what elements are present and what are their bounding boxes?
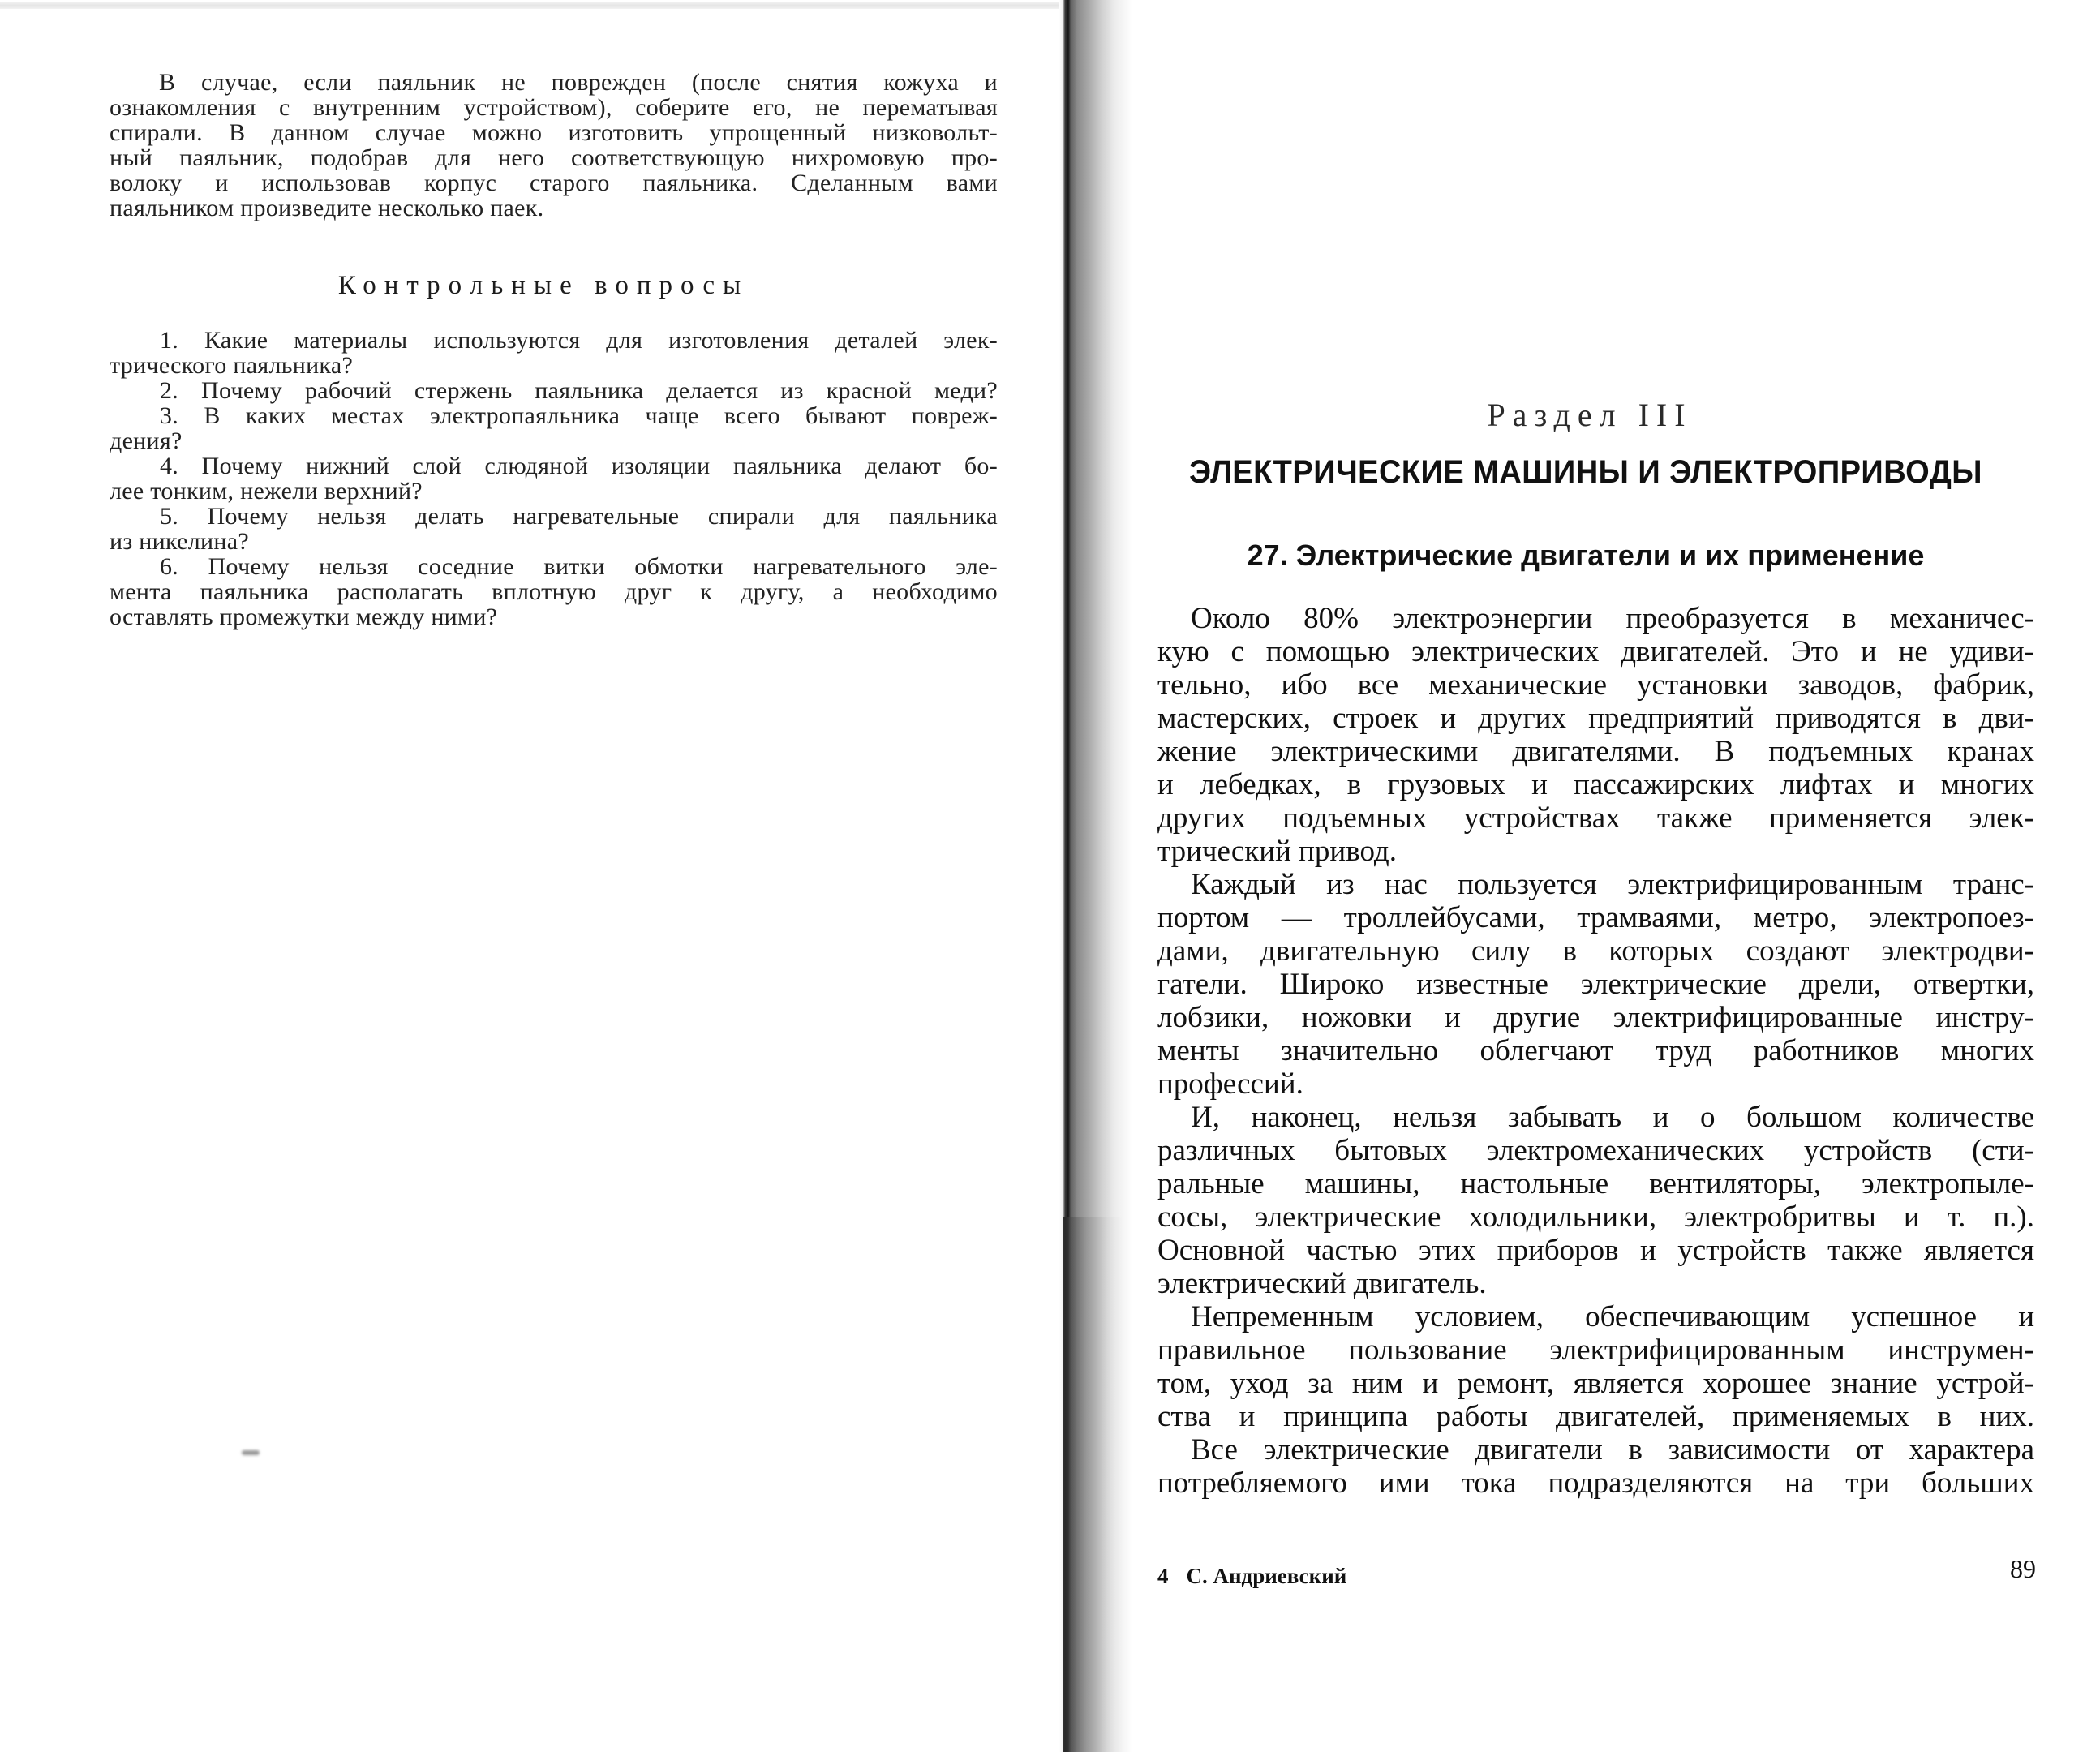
section-label: Раздел III (1428, 396, 1752, 434)
body-line: Все электрические двигатели в зависимост… (1191, 1433, 2034, 1466)
question-line: 1. Какие материалы используются для изго… (160, 328, 998, 353)
question-line: из никелина? (110, 529, 998, 554)
body-line: правильное пользование электрифицированн… (1157, 1333, 2034, 1367)
body-line: кую с помощью электрических двигателей. … (1157, 635, 2034, 668)
body-line: других подъемных устройствах также приме… (1157, 801, 2034, 835)
body-line: Каждый из нас пользуется электрифицирова… (1191, 868, 2034, 901)
paragraph-line: спирали. В данном случае можно изготовит… (110, 120, 998, 145)
body-line: ральные машины, настольные вентиляторы, … (1157, 1167, 2034, 1200)
left-page: В случае, если паяльник не поврежден (по… (0, 0, 1063, 1752)
part-title: ЭЛЕКТРИЧЕСКИЕ МАШИНЫ И ЭЛЕКТРОПРИВОДЫ (1189, 454, 1983, 491)
signature-number: 4 (1157, 1564, 1169, 1588)
body-line: Около 80% электроэнергии преобразуется в… (1191, 602, 2034, 635)
chapter-title: 27. Электрические двигатели и их примене… (1168, 539, 2003, 573)
body-line: различных бытовых электромеханических ус… (1157, 1134, 2034, 1167)
body-line: Непременным условием, обеспечивающим усп… (1191, 1300, 2034, 1333)
body-line: тельно, ибо все механические установки з… (1157, 668, 2034, 702)
body-line: ства и принципа работы двигателей, приме… (1157, 1400, 2034, 1433)
body-line: сосы, электрические холодильники, электр… (1157, 1200, 2034, 1234)
scan-smudge (242, 1450, 260, 1455)
question-line: лее тонким, нежели верхний? (110, 479, 998, 504)
body-line: потребляемого ими тока подразделяются на… (1157, 1466, 2034, 1500)
question-line: оставлять промежутки между ними? (110, 604, 998, 629)
body-line: гатели. Широко известные электрические д… (1157, 968, 2034, 1001)
paragraph-line: паяльником произведите несколько паек. (110, 195, 998, 221)
body-line: и лебедках, в грузовых и пассажирских ли… (1157, 768, 2034, 801)
body-line: профессий. (1157, 1067, 2034, 1101)
question-line: дения? (110, 428, 998, 453)
question-line: 3. В каких местах электропаяльника чаще … (160, 403, 998, 428)
question-line: 6. Почему нельзя соседние витки обмотки … (160, 554, 998, 579)
body-line: менты значительно облегчают труд работни… (1157, 1034, 2034, 1067)
question-line: трического паяльника? (110, 353, 998, 378)
body-line: лобзики, ножовки и другие электрифициров… (1157, 1001, 2034, 1034)
paragraph-line: ный паяльник, подобрав для него соответс… (110, 145, 998, 170)
signature-author: С. Андриевский (1187, 1564, 1347, 1588)
body-line: И, наконец, нельзя забывать и о большом … (1191, 1101, 2034, 1134)
body-line: трический привод. (1157, 835, 2034, 868)
body-line: электрический двигатель. (1157, 1267, 2034, 1300)
body-line: жение электрическими двигателями. В подъ… (1157, 735, 2034, 768)
body-line: том, уход за ним и ремонт, является хоро… (1157, 1367, 2034, 1400)
question-line: 4. Почему нижний слой слюдяной изоляции … (160, 453, 998, 479)
question-line: мента паяльника располагать вплотную дру… (110, 579, 998, 604)
body-line: Основной частью этих приборов и устройст… (1157, 1234, 2034, 1267)
question-line: 2. Почему рабочий стержень паяльника дел… (160, 378, 998, 403)
paragraph-line: волоку и использовав корпус старого паял… (110, 170, 998, 195)
page-number: 89 (1979, 1554, 2036, 1584)
body-line: дами, двигательную силу в которых создаю… (1157, 934, 2034, 968)
body-line: мастерских, строек и других предприятий … (1157, 702, 2034, 735)
printer-signature: 4С. Андриевский (1157, 1564, 1346, 1589)
question-line: 5. Почему нельзя делать нагревательные с… (160, 504, 998, 529)
questions-heading: Контрольные вопросы (328, 271, 759, 301)
paragraph-line: В случае, если паяльник не поврежден (по… (159, 70, 998, 95)
paragraph-line: ознакомления с внутренним устройством), … (110, 95, 998, 120)
body-line: портом — троллейбусами, трамваями, метро… (1157, 901, 2034, 934)
